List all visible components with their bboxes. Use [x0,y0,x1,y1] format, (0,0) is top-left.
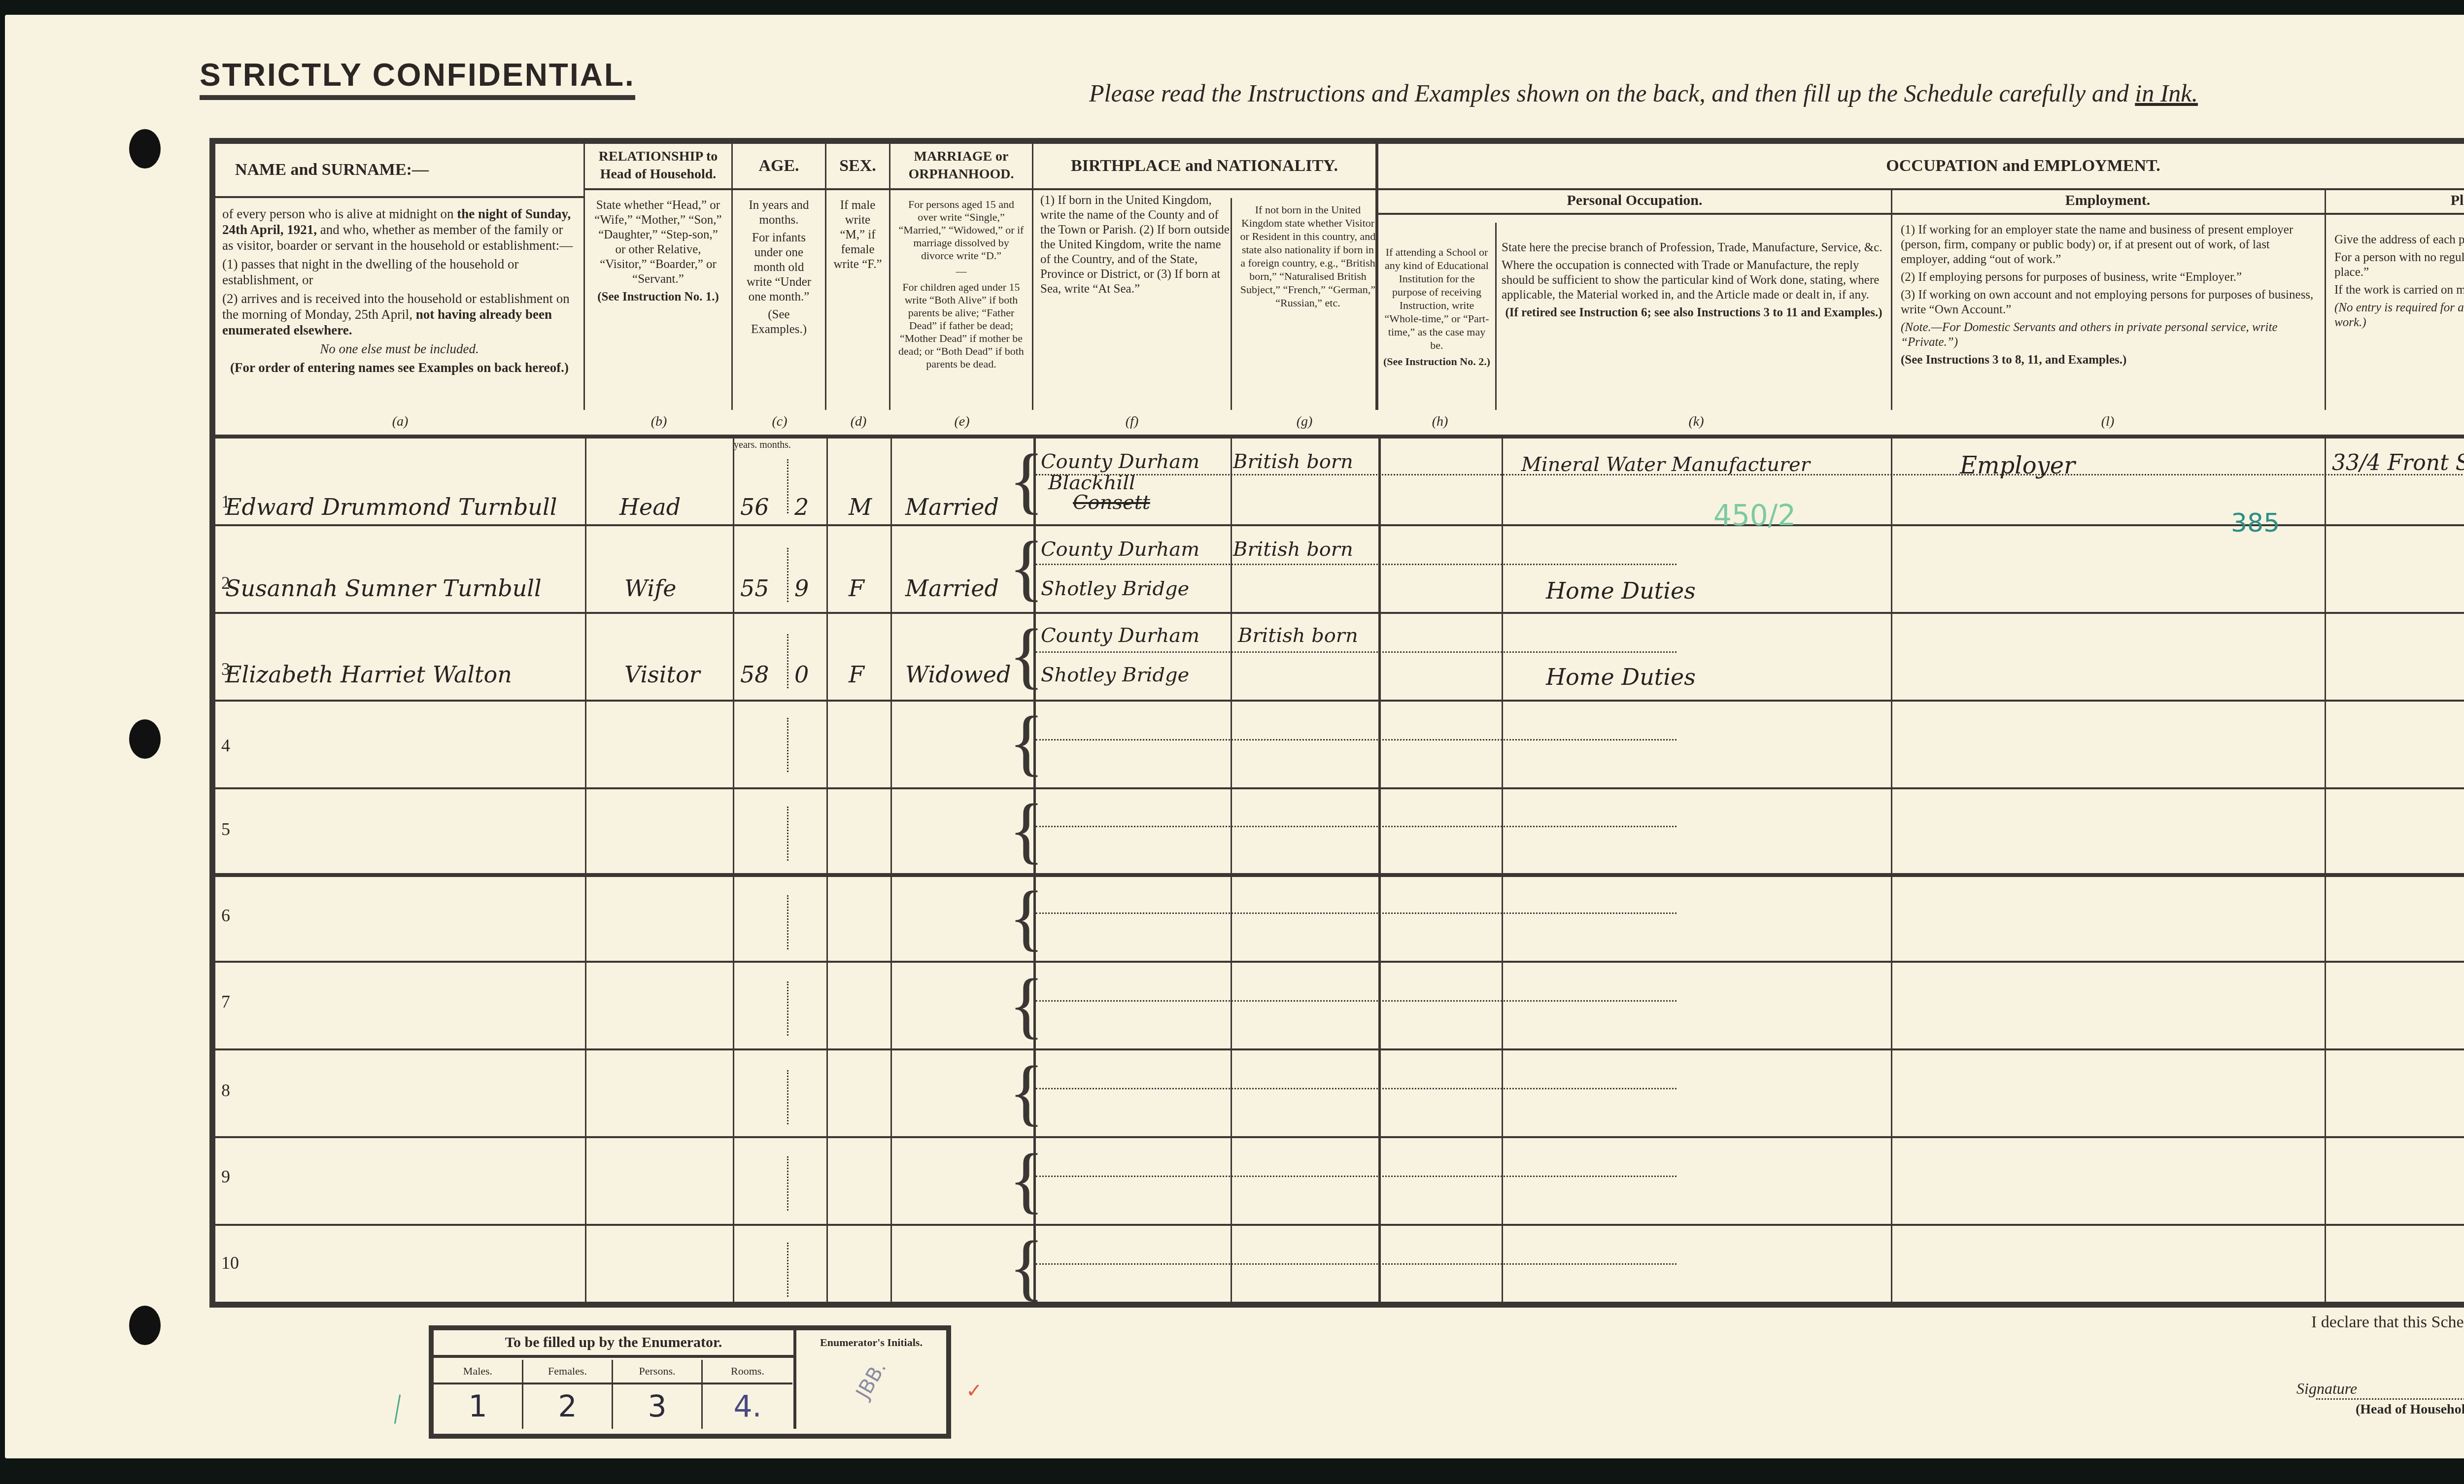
marital-status: Widowed [905,661,1011,688]
nationality: British born [1238,624,1358,647]
nationality: British born [1233,538,1353,561]
occupation: Home Duties [1546,664,1696,690]
enumerator-box-heading: To be filled up by the Enumerator. [434,1330,793,1358]
age-years: 55 [740,575,769,602]
punch-hole [129,1306,161,1345]
header-occupation: OCCUPATION and EMPLOYMENT. Personal Occu… [1378,144,2464,410]
red-tick: ✓ [966,1380,983,1402]
header-divider [215,435,2464,438]
birthplace-county: County Durham [1041,450,1199,473]
sex: F [849,575,864,602]
confidential-title: STRICTLY CONFIDENTIAL. [200,57,635,100]
age-months: 0 [794,661,809,688]
persons-cell: Persons.3 [613,1360,703,1429]
sex: F [849,661,864,688]
marital-status: Married [905,575,999,602]
header-birthplace: BIRTHPLACE and NATIONALITY. (1) If born … [1033,144,1378,410]
signature-label: Signature [2296,1380,2357,1398]
rooms-cell: Rooms.4. [703,1360,792,1429]
age-years: 58 [740,661,769,688]
row-number: 7 [221,991,230,1012]
signature-line [2316,1398,2464,1400]
row-number: 9 [221,1166,230,1187]
header-name: NAME and SURNAME:— of every person who i… [215,144,585,410]
header-age: AGE. In years and months.For infants und… [733,144,826,410]
punch-hole [129,719,161,759]
declaration-text: I declare that this Schedule is correctl… [2311,1313,2464,1332]
sex: M [849,494,872,520]
occupation-code: 450/2 [1713,499,1796,532]
punch-hole [129,129,161,169]
birthplace-county: County Durham [1041,538,1199,561]
header-sex: SEX. If male write “M,” if female write … [826,144,890,410]
row-number: 10 [221,1252,239,1273]
females-cell: Females.2 [523,1360,613,1429]
signature-note: (Head of Household, Manager of Establish… [2356,1402,2464,1417]
row-number: 6 [221,905,230,926]
birthplace-struck: Consett [1073,491,1150,514]
person-name: Edward Drummond Turnbull [225,494,557,520]
place-of-work: 33/4 Front St Consett [2332,450,2464,475]
birthplace-town: Shotley Bridge [1041,577,1189,600]
row-number: 8 [221,1080,230,1101]
nationality: British born [1233,450,1353,473]
relationship: Visitor [624,661,700,688]
person-name: Susannah Sumner Turnbull [225,575,542,602]
age-years: 56 [740,494,769,520]
enumerator-totals-box: To be filled up by the Enumerator. Males… [429,1325,951,1439]
marital-status: Married [905,494,999,520]
employment-code: 385 [2231,508,2280,538]
row-number: 4 [221,735,230,756]
relationship: Wife [624,575,676,602]
header-marriage: MARRIAGE or ORPHANHOOD. For persons aged… [890,144,1033,410]
birthplace-county: County Durham [1041,624,1199,647]
occupation: Home Duties [1546,577,1696,604]
instructions-line: Please read the Instructions and Example… [1089,79,2198,107]
enumerator-initials: Enumerator's Initials. JBB. [793,1330,946,1429]
occupation: Mineral Water Manufacturer [1521,453,1810,476]
schedule-table: NAME and SURNAME:— of every person who i… [209,138,2464,1308]
person-name: Elizabeth Harriet Walton [225,661,512,688]
birthplace-town: Shotley Bridge [1041,664,1189,686]
males-cell: Males.1 [434,1360,523,1429]
row-number: 5 [221,819,230,840]
age-subheader: years. months. [734,439,791,451]
header-relationship: RELATIONSHIP to Head of Household. State… [585,144,733,410]
relationship: Head [619,494,681,520]
age-months: 2 [794,494,809,520]
age-months: 9 [794,575,809,602]
